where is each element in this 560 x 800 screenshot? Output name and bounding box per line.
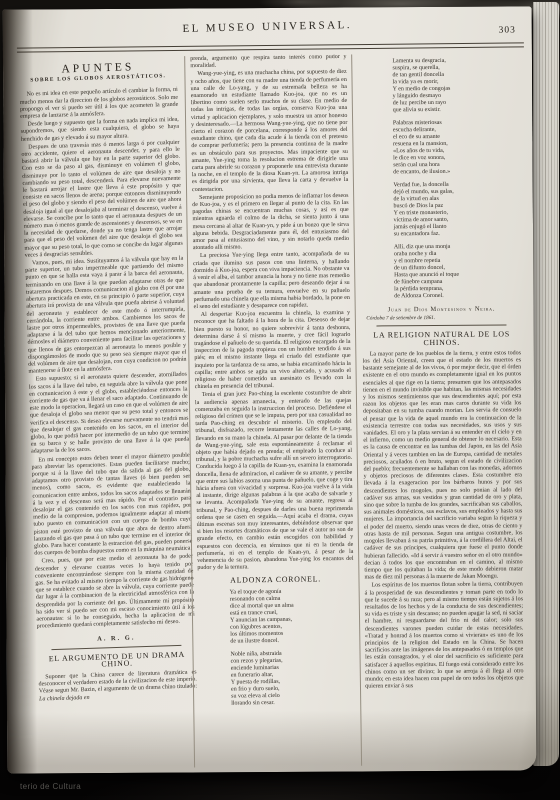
text-columns: APUNTES SOBRE LOS GLOBOS AEROSTÁTICOS. N… — [19, 53, 528, 768]
paragraph: Los espíritus de los muertos flotan sobr… — [364, 582, 523, 691]
paragraph: Semejante proposicion no podia menos de … — [192, 193, 349, 253]
paragraph: Wang-yue-ying, es una muchacha china, po… — [191, 69, 349, 194]
column-right: Lamenta su desgracia, suspira, se querel… — [355, 53, 528, 766]
poem-stanza: Allí, diz que una monja oraba noche y di… — [393, 243, 520, 300]
poem-stanza: Verdad fue, la doncella dejó el mundo, s… — [393, 181, 520, 238]
section-divider-rule — [51, 645, 181, 650]
poem-author: Juan de Dios Montesinos y Neira. — [362, 305, 520, 313]
article-title-drama-chino: EL ARGUMENTO DE UN DRAMA CHINO. — [38, 650, 197, 670]
header-double-rule — [17, 42, 524, 52]
article-title-religion-chinos: LA RELIGION NATURAL DE LOS CHINOS. — [362, 331, 520, 347]
paragraph-text: Suponer que la China carece de literatur… — [39, 669, 198, 695]
section-divider-rule — [376, 325, 506, 327]
poem-dateline: Córdoba 7 de setiembre de 1861. — [366, 315, 520, 323]
book-photo-background: EL MUSEO UNIVERSAL. 303 APUNTES SOBRE LO… — [0, 0, 560, 800]
paragraph: Tenia el gran juez Pao-ching la escelent… — [195, 390, 354, 572]
running-title: EL MUSEO UNIVERSAL. — [3, 15, 532, 39]
poem-stanza: Palabras misteriosas escucha delirante, … — [392, 119, 519, 176]
paragraph: Esto supuesto; si el aeronauta quiere de… — [29, 372, 190, 456]
paragraph: Al despertar Kuo-joa encuentra la chinel… — [194, 310, 351, 391]
article-subtitle-globos: SOBRE LOS GLOBOS AEROSTÁTICOS. — [19, 73, 177, 85]
paragraph: Creo, pues, que por este medio el aerona… — [35, 554, 196, 631]
page-header: EL MUSEO UNIVERSAL. 303 — [3, 6, 532, 43]
page-number: 303 — [499, 25, 516, 35]
column-left: APUNTES SOBRE LOS GLOBOS AEROSTÁTICOS. N… — [19, 56, 205, 769]
paragraph: prenda, argumento que respira tanto inte… — [190, 54, 346, 71]
poem-title-aldonza-coronel: ALDONZA CORONEL. — [198, 575, 354, 584]
poem-stanza: Noble niña, abstraida con rezos y plegar… — [231, 649, 356, 707]
poem-stanza: Lamenta su desgracia, suspira, se querel… — [392, 57, 519, 114]
poem-stanza: Ya el toque de agonía resonando con calm… — [230, 587, 355, 645]
paragraph: En mi concepto estos deben tener el mayo… — [31, 452, 192, 558]
drama-title-italic: La chinela dejada en — [39, 695, 90, 703]
column-middle: prenda, argumento que respira tanto inte… — [184, 54, 362, 768]
paragraph: No es mi idea en este pequeño artículo e… — [19, 87, 178, 121]
magazine-page: EL MUSEO UNIVERSAL. 303 APUNTES SOBRE LO… — [3, 6, 537, 773]
book-fore-edge-pages — [533, 2, 559, 766]
author-initials: A. R. G. — [37, 633, 195, 645]
paragraph: Suponer que la China carece de literatur… — [38, 669, 197, 703]
library-watermark: terio de Cultura — [20, 782, 81, 791]
paragraph: Despues de una travesía mas ó menos larg… — [21, 140, 183, 260]
paragraph: Vamos, pues, mi idea. Sustituyamos á la … — [25, 256, 187, 376]
paragraph: La mayor parte de los pueblos de la tier… — [362, 350, 522, 582]
paragraph: La preciosa Yue-ying llega entre tanto, … — [193, 251, 350, 311]
